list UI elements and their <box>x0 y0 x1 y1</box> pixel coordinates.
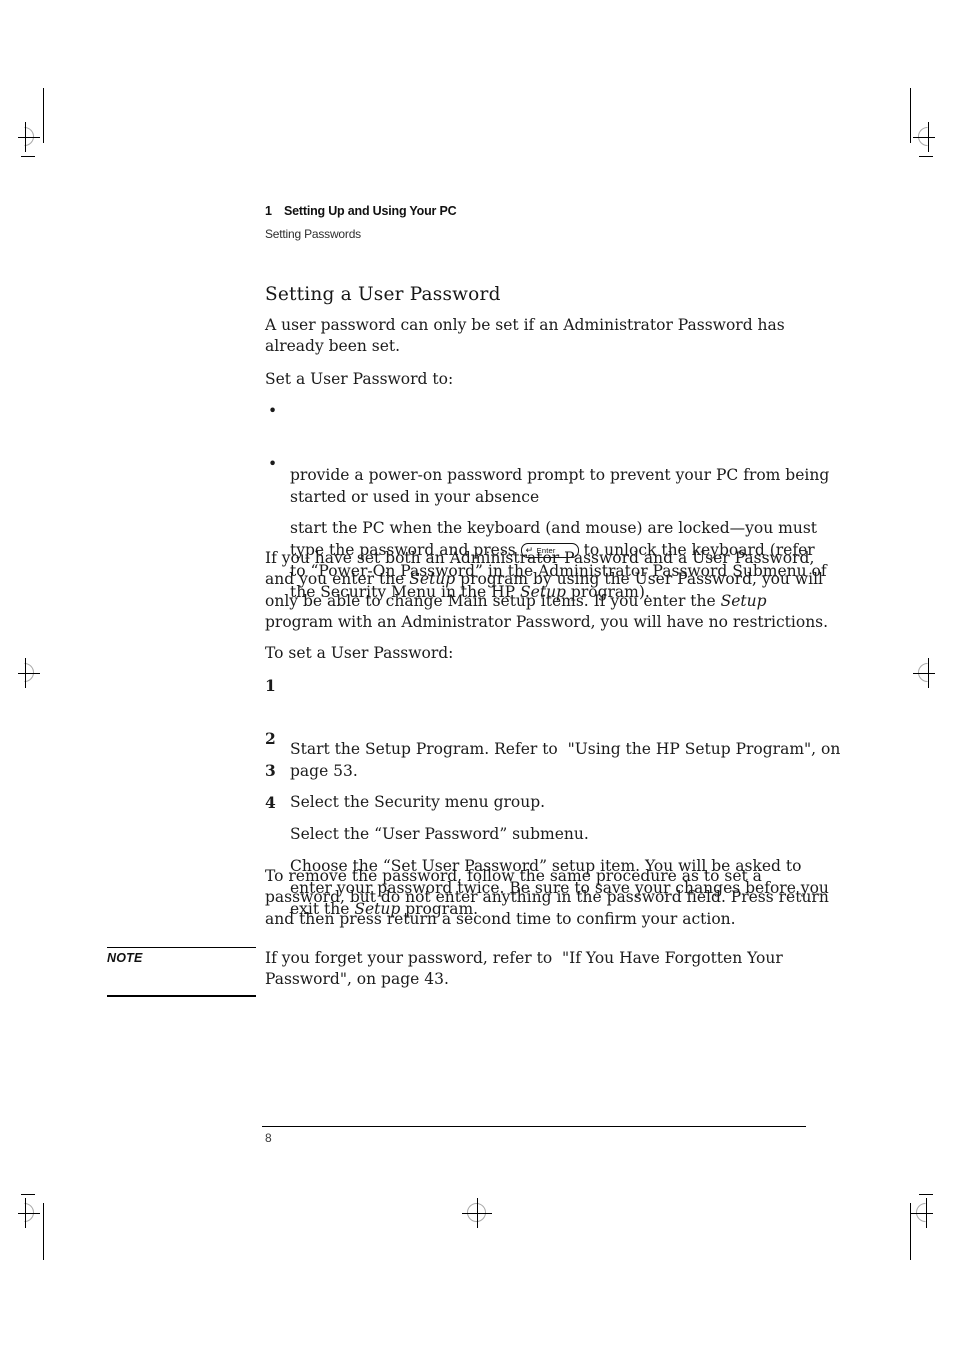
paragraph-intro: A user password can only be set if an Ad… <box>265 315 825 358</box>
page-title: Setting a User Password <box>265 284 501 305</box>
running-header-section: Setting Passwords <box>265 227 361 241</box>
crop-line-top-left-horizontal <box>21 156 35 157</box>
crop-line-top-right-vertical <box>910 88 911 143</box>
registration-mark-middle-right <box>913 658 943 688</box>
step-number: 1 <box>265 675 276 696</box>
note-label: NOTE <box>107 951 143 965</box>
note-text: If you forget your password, refer to "I… <box>265 948 825 991</box>
bullet-icon: • <box>268 401 277 422</box>
step-number: 2 <box>265 728 276 749</box>
page-number: 8 <box>265 1131 272 1145</box>
crop-line-bottom-right-horizontal <box>919 1194 933 1195</box>
step-number: 4 <box>265 792 276 813</box>
note-rule-top <box>107 947 256 948</box>
crop-line-top-right-horizontal <box>919 156 933 157</box>
crop-line-bottom-left-horizontal <box>21 1194 35 1195</box>
paragraph-remove-password: To remove the password, follow the same … <box>265 866 825 930</box>
paragraph-set-to: Set a User Password to: <box>265 369 825 390</box>
note-rule-bottom <box>107 995 256 997</box>
registration-mark-bottom-left <box>10 1198 40 1228</box>
crop-line-top-left-vertical <box>43 88 44 143</box>
registration-mark-middle-left <box>10 658 40 688</box>
registration-mark-bottom-right <box>911 1198 941 1228</box>
registration-mark-top-right <box>913 122 943 152</box>
step-number: 3 <box>265 760 276 781</box>
chapter-title: Setting Up and Using Your PC <box>284 204 456 218</box>
crop-line-bottom-left-vertical <box>43 1203 44 1260</box>
registration-mark-bottom-center <box>462 1198 492 1228</box>
chapter-number: 1 <box>265 204 284 218</box>
registration-mark-top-left <box>10 122 40 152</box>
paragraph-both-passwords: If you have set both an Administrator Pa… <box>265 548 825 634</box>
paragraph-to-set: To set a User Password: <box>265 643 825 664</box>
running-header-chapter: 1Setting Up and Using Your PC <box>265 204 456 218</box>
footer-rule <box>262 1126 806 1127</box>
bullet-icon: • <box>268 454 277 475</box>
